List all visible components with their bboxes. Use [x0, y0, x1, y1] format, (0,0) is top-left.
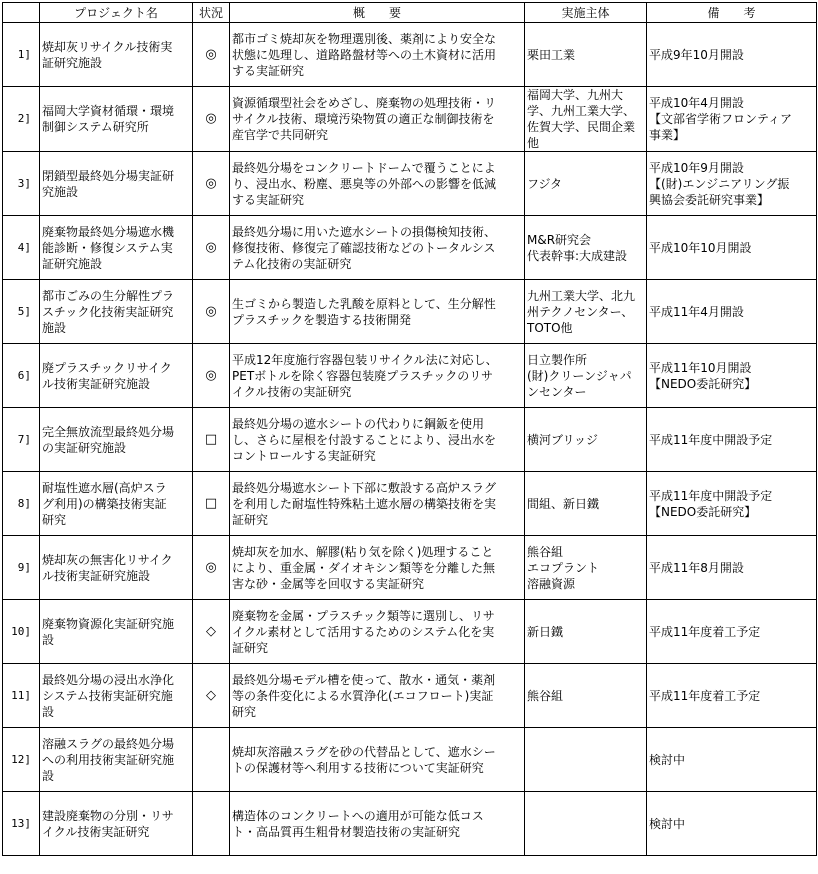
status-icon: ◎	[193, 23, 230, 87]
summary-cell-text: 都市ゴミ焼却灰を物理選別後、薬剤により安全な 状態に処理し、道路路盤材等への土木…	[232, 31, 522, 79]
implementer-cell-text: 横河ブリッジ	[527, 432, 644, 448]
remarks-cell-text: 平成10年9月開設 【(財)エンジニアリング振 興協会委託研究事業】	[649, 160, 814, 208]
remarks-cell-text: 平成10年4月開設 【文部省学術フロンティア 事業】	[649, 95, 814, 143]
remarks-cell: 平成10年9月開設 【(財)エンジニアリング振 興協会委託研究事業】	[647, 152, 817, 216]
header-summary: 概 要	[230, 3, 525, 23]
summary-cell: 都市ゴミ焼却灰を物理選別後、薬剤により安全な 状態に処理し、道路路盤材等への土木…	[230, 23, 525, 87]
implementer-cell	[525, 728, 647, 792]
implementer-cell: 間組、新日鐵	[525, 472, 647, 536]
summary-cell: 最終処分場モデル槽を使って、散水・通気・薬剤 等の条件変化による水質浄化(エコフ…	[230, 664, 525, 728]
project-name-cell: 都市ごみの生分解性プラ スチック化技術実証研究 施設	[40, 280, 193, 344]
remarks-cell: 平成11年度中開設予定 【NEDO委託研究】	[647, 472, 817, 536]
status-icon	[193, 792, 230, 856]
status-icon: ◎	[193, 536, 230, 600]
project-name-cell-text: 完全無放流型最終処分場 の実証研究施設	[42, 424, 190, 456]
table-row: 7] 完全無放流型最終処分場 の実証研究施設 □ 最終処分場の遮水シートの代わり…	[3, 408, 817, 472]
status-icon: ◎	[193, 344, 230, 408]
summary-cell: 構造体のコンクリートへの適用が可能な低コス ト・高品質再生粗骨材製造技術の実証研…	[230, 792, 525, 856]
row-number: 3]	[3, 152, 40, 216]
status-icon: □	[193, 472, 230, 536]
implementer-cell: フジタ	[525, 152, 647, 216]
row-number: 11]	[3, 664, 40, 728]
table-row: 12] 溶融スラグの最終処分場 への利用技術実証研究施 設 焼却灰溶融スラグを砂…	[3, 728, 817, 792]
remarks-cell-text: 平成11年度中開設予定 【NEDO委託研究】	[649, 488, 814, 520]
table-row: 1] 焼却灰リサイクル技術実 証研究施設 ◎ 都市ゴミ焼却灰を物理選別後、薬剤に…	[3, 23, 817, 87]
implementer-cell: 福岡大学、九州大 学、九州工業大学、 佐賀大学、民間企業 他	[525, 87, 647, 152]
row-number: 13]	[3, 792, 40, 856]
summary-cell: 焼却灰溶融スラグを砂の代替品として、遮水シー トの保護材等へ利用する技術について…	[230, 728, 525, 792]
table-row: 5] 都市ごみの生分解性プラ スチック化技術実証研究 施設 ◎ 生ゴミから製造し…	[3, 280, 817, 344]
status-icon: ◎	[193, 87, 230, 152]
project-name-cell: 建設廃棄物の分別・リサ イクル技術実証研究	[40, 792, 193, 856]
project-name-cell-text: 廃プラスチックリサイク ル技術実証研究施設	[42, 360, 190, 392]
row-number: 5]	[3, 280, 40, 344]
implementer-cell-text: M&R研究会 代表幹事:大成建設	[527, 232, 644, 264]
summary-cell-text: 最終処分場に用いた遮水シートの損傷検知技術、 修復技術、修復完了確認技術などのト…	[232, 224, 522, 272]
header-remarks: 備 考	[647, 3, 817, 23]
remarks-cell-text: 平成11年度中開設予定	[649, 432, 814, 448]
status-icon: ◇	[193, 600, 230, 664]
status-icon: □	[193, 408, 230, 472]
project-name-cell-text: 建設廃棄物の分別・リサ イクル技術実証研究	[42, 808, 190, 840]
summary-cell: 廃棄物を金属・プラスチック類等に選別し、リサ イクル素材として活用するためのシス…	[230, 600, 525, 664]
summary-cell-text: 最終処分場遮水シート下部に敷設する高炉スラグ を利用した耐塩性特殊粘土遮水層の構…	[232, 480, 522, 528]
project-name-cell-text: 最終処分場の浸出水浄化 システム技術実証研究施 設	[42, 672, 190, 720]
summary-cell-text: 平成12年度施行容器包装リサイクル法に対応し、 PETボトルを除く容器包装廃プラ…	[232, 352, 522, 400]
table-row: 11] 最終処分場の浸出水浄化 システム技術実証研究施 設 ◇ 最終処分場モデル…	[3, 664, 817, 728]
table-row: 8] 耐塩性遮水層(高炉スラ グ利用)の構築技術実証 研究 □ 最終処分場遮水シ…	[3, 472, 817, 536]
summary-cell: 最終処分場に用いた遮水シートの損傷検知技術、 修復技術、修復完了確認技術などのト…	[230, 216, 525, 280]
implementer-cell-text: 日立製作所 (財)クリーンジャパ ンセンター	[527, 352, 644, 400]
table-row: 13] 建設廃棄物の分別・リサ イクル技術実証研究 構造体のコンクリートへの適用…	[3, 792, 817, 856]
status-icon	[193, 728, 230, 792]
row-number: 7]	[3, 408, 40, 472]
project-name-cell: 廃プラスチックリサイク ル技術実証研究施設	[40, 344, 193, 408]
implementer-cell-text: 九州工業大学、北九 州テクノセンター、 TOTO他	[527, 288, 644, 336]
table-row: 6] 廃プラスチックリサイク ル技術実証研究施設 ◎ 平成12年度施行容器包装リ…	[3, 344, 817, 408]
project-name-cell: 福岡大学資材循環・環境 制御システム研究所	[40, 87, 193, 152]
table-row: 2] 福岡大学資材循環・環境 制御システム研究所 ◎ 資源循環型社会をめざし、廃…	[3, 87, 817, 152]
project-name-cell-text: 廃棄物最終処分場遮水機 能診断・修復システム実 証研究施設	[42, 224, 190, 272]
remarks-cell-text: 平成11年度着工予定	[649, 688, 814, 704]
header-project-name: プロジェクト名	[40, 3, 193, 23]
summary-cell: 焼却灰を加水、解膠(粘り気を除く)処理すること により、重金属・ダイオキシン類等…	[230, 536, 525, 600]
implementer-cell-text: 栗田工業	[527, 47, 644, 63]
project-name-cell-text: 溶融スラグの最終処分場 への利用技術実証研究施 設	[42, 736, 190, 784]
remarks-cell: 平成11年8月開設	[647, 536, 817, 600]
row-number: 2]	[3, 87, 40, 152]
project-name-cell: 最終処分場の浸出水浄化 システム技術実証研究施 設	[40, 664, 193, 728]
summary-cell: 生ゴミから製造した乳酸を原料として、生分解性 プラスチックを製造する技術開発	[230, 280, 525, 344]
remarks-cell-text: 平成9年10月開設	[649, 47, 814, 63]
row-number: 9]	[3, 536, 40, 600]
project-name-cell-text: 都市ごみの生分解性プラ スチック化技術実証研究 施設	[42, 288, 190, 336]
summary-cell: 資源循環型社会をめざし、廃棄物の処理技術・リ サイクル技術、環境汚染物質の適正な…	[230, 87, 525, 152]
implementer-cell: 横河ブリッジ	[525, 408, 647, 472]
remarks-cell: 検討中	[647, 792, 817, 856]
remarks-cell-text: 平成10年10月開設	[649, 240, 814, 256]
table-row: 10] 廃棄物資源化実証研究施 設 ◇ 廃棄物を金属・プラスチック類等に選別し、…	[3, 600, 817, 664]
implementer-cell: 熊谷組	[525, 664, 647, 728]
implementer-cell-text: 新日鐵	[527, 624, 644, 640]
table-row: 3] 閉鎖型最終処分場実証研 究施設 ◎ 最終処分場をコンクリートドームで覆うこ…	[3, 152, 817, 216]
header-status: 状況	[193, 3, 230, 23]
implementer-cell: 新日鐵	[525, 600, 647, 664]
status-icon: ◎	[193, 152, 230, 216]
summary-cell: 最終処分場の遮水シートの代わりに鋼鈑を使用 し、さらに屋根を付設することにより、…	[230, 408, 525, 472]
remarks-cell: 平成11年度着工予定	[647, 600, 817, 664]
project-table: プロジェクト名 状況 概 要 実施主体 備 考 1] 焼却灰リサイクル技術実 証…	[2, 2, 817, 856]
row-number: 1]	[3, 23, 40, 87]
remarks-cell-text: 平成11年4月開設	[649, 304, 814, 320]
row-number: 6]	[3, 344, 40, 408]
implementer-cell: 栗田工業	[525, 23, 647, 87]
implementer-cell-text: 間組、新日鐵	[527, 496, 644, 512]
project-name-cell-text: 閉鎖型最終処分場実証研 究施設	[42, 168, 190, 200]
project-name-cell: 完全無放流型最終処分場 の実証研究施設	[40, 408, 193, 472]
row-number: 12]	[3, 728, 40, 792]
remarks-cell: 平成9年10月開設	[647, 23, 817, 87]
summary-cell: 最終処分場遮水シート下部に敷設する高炉スラグ を利用した耐塩性特殊粘土遮水層の構…	[230, 472, 525, 536]
remarks-cell: 平成11年10月開設 【NEDO委託研究】	[647, 344, 817, 408]
summary-cell-text: 廃棄物を金属・プラスチック類等に選別し、リサ イクル素材として活用するためのシス…	[232, 608, 522, 656]
implementer-cell: 熊谷組 エコプラント 溶融資源	[525, 536, 647, 600]
status-icon: ◇	[193, 664, 230, 728]
remarks-cell: 平成11年4月開設	[647, 280, 817, 344]
table-row: 9] 焼却灰の無害化リサイク ル技術実証研究施設 ◎ 焼却灰を加水、解膠(粘り気…	[3, 536, 817, 600]
implementer-cell-text: 福岡大学、九州大 学、九州工業大学、 佐賀大学、民間企業 他	[527, 87, 644, 151]
remarks-cell-text: 検討中	[649, 752, 814, 768]
implementer-cell: 九州工業大学、北九 州テクノセンター、 TOTO他	[525, 280, 647, 344]
header-row: プロジェクト名 状況 概 要 実施主体 備 考	[3, 3, 817, 23]
project-name-cell-text: 焼却灰の無害化リサイク ル技術実証研究施設	[42, 552, 190, 584]
implementer-cell-text: フジタ	[527, 176, 644, 192]
project-name-cell: 廃棄物最終処分場遮水機 能診断・修復システム実 証研究施設	[40, 216, 193, 280]
implementer-cell: M&R研究会 代表幹事:大成建設	[525, 216, 647, 280]
header-num	[3, 3, 40, 23]
project-name-cell: 閉鎖型最終処分場実証研 究施設	[40, 152, 193, 216]
summary-cell-text: 最終処分場の遮水シートの代わりに鋼鈑を使用 し、さらに屋根を付設することにより、…	[232, 416, 522, 464]
remarks-cell-text: 平成11年10月開設 【NEDO委託研究】	[649, 360, 814, 392]
project-name-cell-text: 廃棄物資源化実証研究施 設	[42, 616, 190, 648]
remarks-cell-text: 検討中	[649, 816, 814, 832]
implementer-cell	[525, 792, 647, 856]
project-name-cell-text: 福岡大学資材循環・環境 制御システム研究所	[42, 103, 190, 135]
summary-cell: 最終処分場をコンクリートドームで覆うことによ り、浸出水、粉塵、悪臭等の外部への…	[230, 152, 525, 216]
remarks-cell-text: 平成11年8月開設	[649, 560, 814, 576]
implementer-cell-text: 熊谷組	[527, 688, 644, 704]
remarks-cell: 平成11年度着工予定	[647, 664, 817, 728]
remarks-cell-text: 平成11年度着工予定	[649, 624, 814, 640]
project-name-cell-text: 耐塩性遮水層(高炉スラ グ利用)の構築技術実証 研究	[42, 480, 190, 528]
project-name-cell: 耐塩性遮水層(高炉スラ グ利用)の構築技術実証 研究	[40, 472, 193, 536]
summary-cell-text: 資源循環型社会をめざし、廃棄物の処理技術・リ サイクル技術、環境汚染物質の適正な…	[232, 95, 522, 143]
implementer-cell: 日立製作所 (財)クリーンジャパ ンセンター	[525, 344, 647, 408]
project-name-cell: 焼却灰リサイクル技術実 証研究施設	[40, 23, 193, 87]
table-row: 4] 廃棄物最終処分場遮水機 能診断・修復システム実 証研究施設 ◎ 最終処分場…	[3, 216, 817, 280]
row-number: 8]	[3, 472, 40, 536]
implementer-cell-text: 熊谷組 エコプラント 溶融資源	[527, 544, 644, 592]
summary-cell-text: 最終処分場をコンクリートドームで覆うことによ り、浸出水、粉塵、悪臭等の外部への…	[232, 160, 522, 208]
remarks-cell: 平成10年4月開設 【文部省学術フロンティア 事業】	[647, 87, 817, 152]
project-name-cell: 廃棄物資源化実証研究施 設	[40, 600, 193, 664]
remarks-cell: 平成11年度中開設予定	[647, 408, 817, 472]
summary-cell-text: 焼却灰溶融スラグを砂の代替品として、遮水シー トの保護材等へ利用する技術について…	[232, 744, 522, 776]
row-number: 10]	[3, 600, 40, 664]
summary-cell-text: 焼却灰を加水、解膠(粘り気を除く)処理すること により、重金属・ダイオキシン類等…	[232, 544, 522, 592]
summary-cell-text: 構造体のコンクリートへの適用が可能な低コス ト・高品質再生粗骨材製造技術の実証研…	[232, 808, 522, 840]
project-name-cell: 溶融スラグの最終処分場 への利用技術実証研究施 設	[40, 728, 193, 792]
status-icon: ◎	[193, 280, 230, 344]
status-icon: ◎	[193, 216, 230, 280]
row-number: 4]	[3, 216, 40, 280]
remarks-cell: 平成10年10月開設	[647, 216, 817, 280]
project-name-cell: 焼却灰の無害化リサイク ル技術実証研究施設	[40, 536, 193, 600]
summary-cell: 平成12年度施行容器包装リサイクル法に対応し、 PETボトルを除く容器包装廃プラ…	[230, 344, 525, 408]
summary-cell-text: 最終処分場モデル槽を使って、散水・通気・薬剤 等の条件変化による水質浄化(エコフ…	[232, 672, 522, 720]
project-name-cell-text: 焼却灰リサイクル技術実 証研究施設	[42, 39, 190, 71]
header-implementer: 実施主体	[525, 3, 647, 23]
remarks-cell: 検討中	[647, 728, 817, 792]
summary-cell-text: 生ゴミから製造した乳酸を原料として、生分解性 プラスチックを製造する技術開発	[232, 296, 522, 328]
